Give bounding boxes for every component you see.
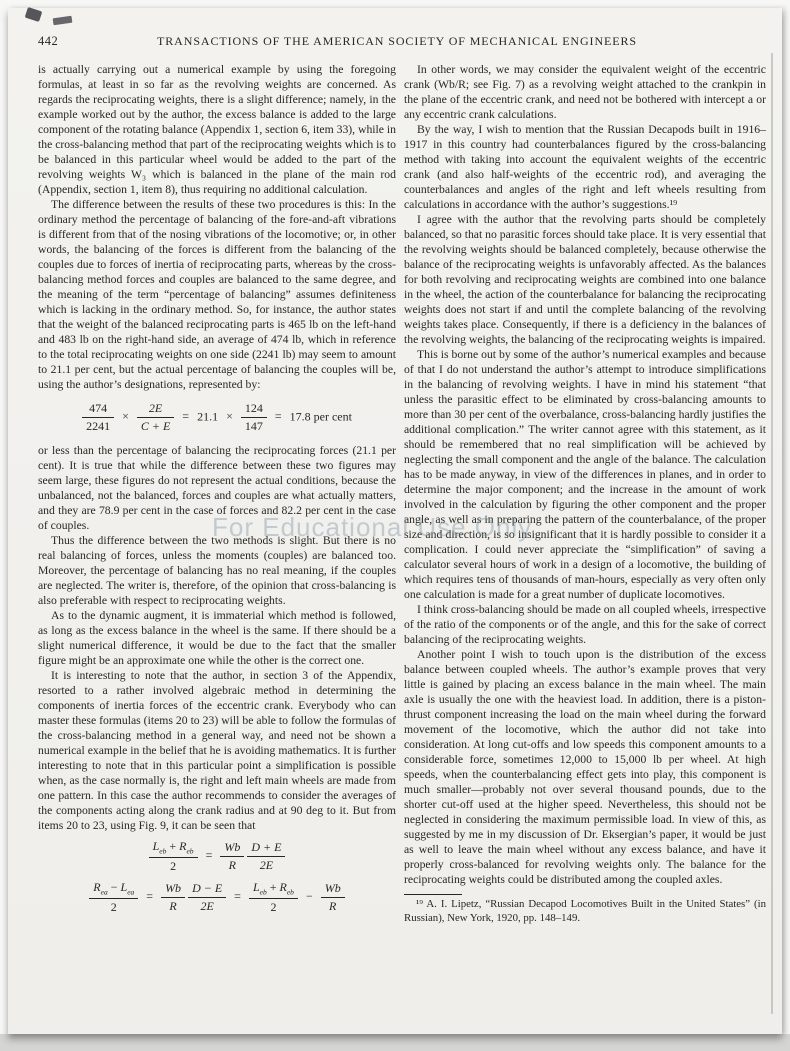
page-header: 442 TRANSACTIONS OF THE AMERICAN SOCIETY…	[38, 34, 756, 50]
times-operator: ×	[122, 409, 129, 423]
equals-operator: =	[182, 409, 189, 423]
equals-operator: =	[275, 409, 282, 423]
equals-operator: =	[146, 889, 153, 903]
paragraph: or less than the percentage of balancing…	[38, 443, 396, 533]
fraction: WbR	[321, 881, 345, 914]
journal-title: TRANSACTIONS OF THE AMERICAN SOCIETY OF …	[38, 34, 756, 49]
right-column: In other words, we may consider the equi…	[404, 62, 766, 925]
fraction: WbR	[161, 881, 185, 914]
paragraph: As to the dynamic augment, it is immater…	[38, 608, 396, 668]
footnote-rule	[404, 894, 462, 895]
formula-items-line1: Leb + Reb 2 = WbR D + E2E	[38, 839, 396, 874]
equals-operator: =	[234, 889, 241, 903]
formula-items-line2: Rea − Lea 2 = WbR D − E2E = Leb + Reb 2 …	[38, 880, 396, 915]
paragraph: Another point I wish to touch upon is th…	[404, 647, 766, 887]
footnote-marker: ¹⁹	[416, 898, 423, 910]
fraction: WbR	[220, 840, 244, 873]
fraction: Leb + Reb 2	[149, 839, 198, 874]
paragraph: By the way, I wish to mention that the R…	[404, 122, 766, 212]
value: 21.1	[197, 409, 218, 423]
footnote: ¹⁹ A. I. Lipetz, “Russian Decapod Locomo…	[404, 894, 766, 925]
fraction: D + E2E	[247, 840, 285, 873]
scan-shadow-band	[0, 1034, 790, 1051]
page-edge-shadow	[771, 53, 773, 1014]
paragraph: It is interesting to note that the autho…	[38, 668, 396, 833]
fraction: 4742241	[82, 401, 114, 434]
times-operator: ×	[226, 409, 233, 423]
fraction: Rea − Lea 2	[89, 880, 138, 915]
paragraph: I agree with the author that the revolvi…	[404, 212, 766, 347]
scan-artifact	[53, 16, 73, 26]
fraction: 124147	[241, 401, 267, 434]
fraction: 2EC + E	[137, 401, 174, 434]
page-number: 442	[38, 34, 58, 49]
paragraph: This is borne out by some of the author’…	[404, 347, 766, 602]
scan-artifact	[25, 7, 43, 22]
equals-operator: =	[206, 848, 213, 862]
formula-couples-percentage: 4742241 × 2EC + E = 21.1 × 124147 = 17.8…	[38, 401, 396, 434]
paragraph: is actually carrying out a numerical exa…	[38, 62, 396, 197]
fraction: D − E2E	[188, 881, 226, 914]
scanned-page: 442 TRANSACTIONS OF THE AMERICAN SOCIETY…	[8, 8, 782, 1034]
minus-operator: −	[306, 889, 313, 903]
result-value: 17.8 per cent	[290, 409, 352, 423]
footnote-text: ¹⁹ A. I. Lipetz, “Russian Decapod Locomo…	[404, 898, 766, 925]
fraction: Leb + Reb 2	[249, 880, 298, 915]
paragraph: The difference between the results of th…	[38, 197, 396, 392]
paragraph: I think cross-balancing should be made o…	[404, 602, 766, 647]
paragraph: Thus the difference between the two meth…	[38, 533, 396, 608]
paragraph: In other words, we may consider the equi…	[404, 62, 766, 122]
left-column: is actually carrying out a numerical exa…	[38, 62, 396, 921]
